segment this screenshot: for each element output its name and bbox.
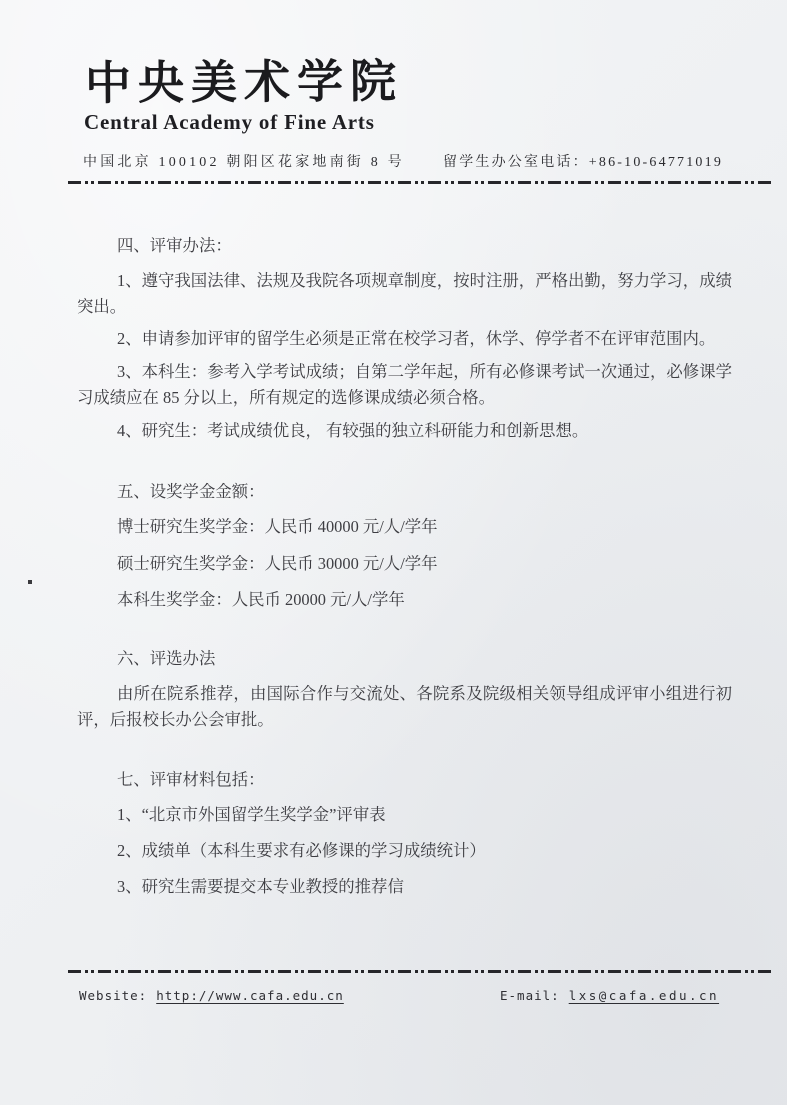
- section6-title: 六、评选办法: [77, 646, 732, 672]
- section4-title: 四、评审办法：: [77, 233, 732, 259]
- email-label: E-mail:: [500, 988, 560, 1003]
- section7-title: 七、评审材料包括：: [77, 767, 732, 793]
- academy-calligraphy-logo: 中央美术学院: [85, 45, 403, 113]
- website-group: Website:http://www.cafa.edu.cn: [79, 988, 344, 1003]
- material-item-2: 2、成绩单（本科生要求有必修课的学习成绩统计）: [77, 838, 732, 864]
- email-url: lxs@cafa.edu.cn: [569, 988, 719, 1003]
- letterhead-contact-line: 中国北京 100102 朝阳区花家地南街 8 号 留学生办公室电话：+86-10…: [0, 151, 787, 171]
- dash-dot-rule-bottom: [68, 970, 772, 973]
- email-group: E-mail:lxs@cafa.edu.cn: [500, 988, 719, 1003]
- material-item-1: 1、“北京市外国留学生奖学金”评审表: [77, 802, 732, 828]
- section4-item-2: 2、申请参加评审的留学生必须是正常在校学习者，休学、停学者不在评审范围内。: [77, 326, 732, 352]
- academy-english-name: Central Academy of Fine Arts: [84, 110, 375, 135]
- dash-dot-rule-top: [68, 181, 772, 184]
- section5-title: 五、设奖学金金额：: [77, 479, 732, 505]
- amount-master: 硕士研究生奖学金：人民币 30000 元/人/学年: [77, 551, 732, 577]
- address-text: 中国北京 100102 朝阳区花家地南街 8 号: [83, 151, 405, 171]
- phone-text: 留学生办公室电话：+86-10-64771019: [443, 151, 723, 171]
- amount-doctoral: 博士研究生奖学金：人民币 40000 元/人/学年: [77, 514, 732, 540]
- website-label: Website:: [79, 988, 147, 1003]
- amount-bachelor: 本科生奖学金：人民币 20000 元/人/学年: [77, 587, 732, 613]
- section6-text: 由所在院系推荐，由国际合作与交流处、各院系及院级相关领导组成评审小组进行初评，后…: [77, 681, 732, 733]
- letterhead-footer: Website:http://www.cafa.edu.cn E-mail:lx…: [0, 988, 787, 1010]
- scanned-document-page: 中央美术学院 Central Academy of Fine Arts 中国北京…: [0, 0, 787, 1105]
- section4-item-4: 4、研究生：考试成绩优良， 有较强的独立科研能力和创新思想。: [77, 418, 732, 444]
- material-item-3: 3、研究生需要提交本专业教授的推荐信: [77, 874, 732, 900]
- section4-item-3: 3、本科生：参考入学考试成绩；自第二学年起，所有必修课考试一次通过，必修课学习成…: [77, 359, 732, 411]
- scan-artifact-dot: [28, 580, 32, 584]
- section4-item-1: 1、遵守我国法律、法规及我院各项规章制度，按时注册，严格出勤，努力学习，成绩突出…: [77, 268, 732, 320]
- website-url: http://www.cafa.edu.cn: [156, 988, 344, 1003]
